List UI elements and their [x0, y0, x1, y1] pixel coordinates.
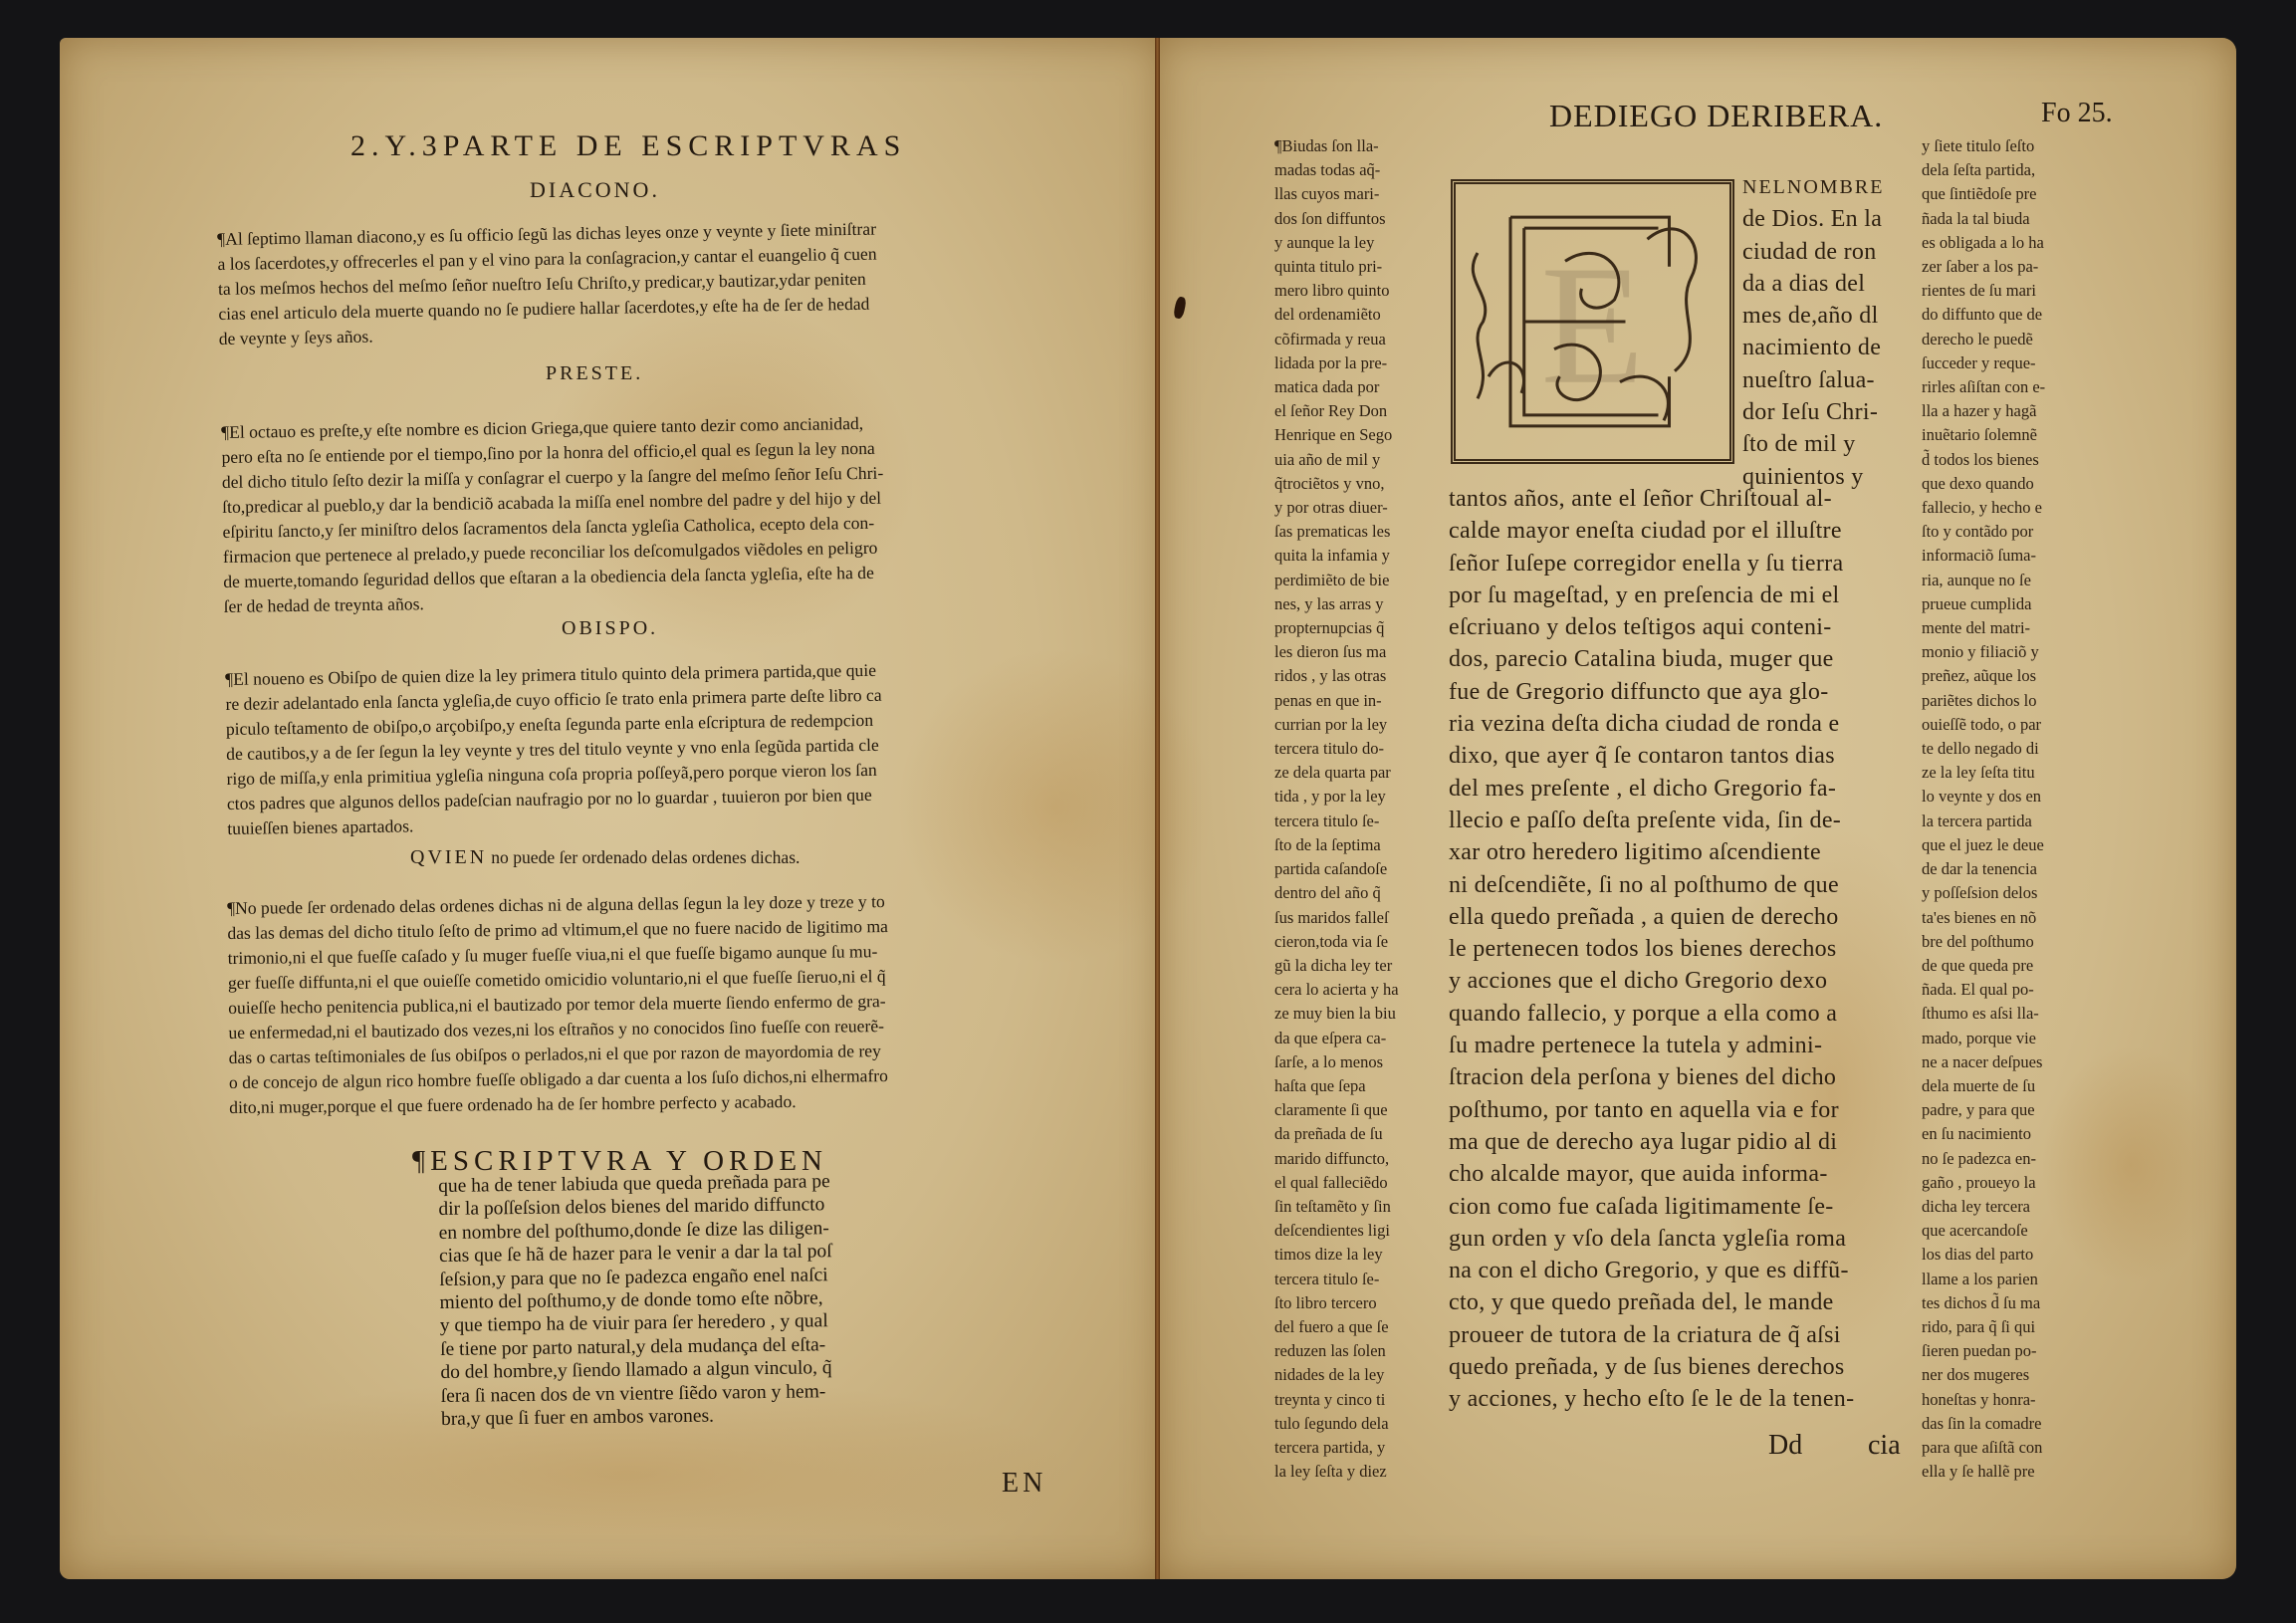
- gloss-line: ze muy bien la biu: [1274, 1002, 1399, 1026]
- gloss-line: bre del poſthumo: [1922, 930, 2045, 954]
- gloss-line: fallecio, y hecho e: [1922, 496, 2045, 520]
- gloss-line: lo veynte y dos en: [1922, 785, 2045, 809]
- gloss-line: dentro del año q̃: [1274, 881, 1399, 905]
- text-line: ſera ſi nacen dos de vn vientre ſiẽdo va…: [441, 1380, 834, 1408]
- text-line: NELNOMBRE: [1742, 171, 1884, 203]
- gloss-line: dos ſon diffuntos: [1274, 207, 1399, 231]
- text-line: cto, y que quedo preñada del, le mande: [1449, 1286, 1854, 1318]
- text-line: del mes preſente , el dicho Gregorio fa-: [1449, 773, 1854, 805]
- gloss-line: lla a hazer y hagã: [1922, 399, 2045, 423]
- gloss-line: das ſin la comadre: [1922, 1412, 2045, 1436]
- gloss-line: ta'es bienes en nõ: [1922, 906, 2045, 930]
- woodcut-initial-icon: E: [1456, 184, 1729, 459]
- gloss-line: monio y filiaciõ y: [1922, 640, 2045, 664]
- text-line: ſtracion dela perſona y bienes del dicho: [1449, 1061, 1854, 1093]
- gloss-line: ze dela quarta par: [1274, 761, 1399, 785]
- gloss-line: que dexo quando: [1922, 472, 2045, 496]
- gloss-line: penas en que in-: [1274, 689, 1399, 713]
- gloss-line: ella y ſe hallẽ pre: [1922, 1460, 2045, 1484]
- gloss-line: ſto libro tercero: [1274, 1291, 1399, 1315]
- gloss-line: d̃ todos los bienes: [1922, 448, 2045, 472]
- gloss-line: uia año de mil y: [1274, 448, 1399, 472]
- gloss-line: mado, porque vie: [1922, 1027, 2045, 1050]
- right-margin-gloss: y ſiete titulo ſeſto dela ſeſta partida,…: [1922, 134, 2045, 1484]
- gloss-line: tercera titulo ſe-: [1274, 810, 1399, 833]
- right-running-head: DEDIEGO DERIBERA.: [1549, 98, 1883, 134]
- gloss-line: ſthumo es aſsi lla-: [1922, 1002, 2045, 1026]
- text-line: eſcriuano y delos teſtigos aqui conteni-: [1449, 611, 1854, 643]
- gloss-line: ridos , y las otras: [1274, 664, 1399, 688]
- left-catchword: EN: [1002, 1468, 1046, 1500]
- gloss-line: ner dos mugeres: [1922, 1363, 2045, 1387]
- section-title-preste: PRESTE.: [546, 362, 643, 385]
- gloss-line: de que queda pre: [1922, 954, 2045, 978]
- gloss-line: deſcendientes ligi: [1274, 1219, 1399, 1243]
- left-running-head: 2.Y.3PARTE DE ESCRIPTVRAS: [350, 129, 906, 163]
- text-line: dor Ieſu Chri-: [1742, 396, 1884, 428]
- gloss-line: dicha ley tercera: [1922, 1195, 2045, 1219]
- gloss-line: rirles aſiſtan con e-: [1922, 375, 2045, 399]
- gloss-line: quinta titulo pri-: [1274, 255, 1399, 279]
- text-line: ni deſcendiẽte, ſi no al poſthumo de que: [1449, 869, 1854, 901]
- gloss-line: la ley ſeſta y diez: [1274, 1460, 1399, 1484]
- gloss-line: informaciõ ſuma-: [1922, 544, 2045, 568]
- decorated-initial-e: E: [1451, 179, 1734, 464]
- gloss-line: ria, aunque no ſe: [1922, 569, 2045, 592]
- text-line: quedo preñada, y de ſus bienes derechos: [1449, 1351, 1854, 1383]
- gloss-line: perdimiẽto de bie: [1274, 569, 1399, 592]
- text-line: le pertenecen todos los bienes derechos: [1449, 933, 1854, 965]
- gloss-line: cõfirmada y reua: [1274, 328, 1399, 351]
- gloss-line: da que eſpera ca-: [1274, 1027, 1399, 1050]
- section-body-preste: ¶El octauo es preſte,y eſte nombre es di…: [221, 411, 885, 619]
- gloss-line: da preñada de ſu: [1274, 1122, 1399, 1146]
- gloss-line: cieron,toda via ſe: [1274, 930, 1399, 954]
- gloss-line: para que aſiſtã con: [1922, 1436, 2045, 1460]
- gloss-line: haſta que ſepa: [1274, 1074, 1399, 1098]
- text-line: proueer de tutora de la criatura de q̃ a…: [1449, 1319, 1854, 1351]
- gloss-line: no ſe padezca en-: [1922, 1147, 2045, 1171]
- folio-number: Fo 25.: [2041, 98, 2113, 129]
- water-stain: [2041, 1045, 2220, 1284]
- initial-side-text: NELNOMBRE de Dios. En la ciudad de ron d…: [1742, 171, 1884, 493]
- gloss-line: currian por la ley: [1274, 713, 1399, 737]
- section-title-diacono: DIACONO.: [530, 177, 660, 203]
- text-line: gun orden y vſo dela ſancta ygleſia roma: [1449, 1223, 1854, 1255]
- gloss-line: inuẽtario ſolemnẽ: [1922, 423, 2045, 447]
- gloss-line: rido, para q̃ ſi qui: [1922, 1315, 2045, 1339]
- gloss-line: reduzen las ſolen: [1274, 1339, 1399, 1363]
- text-line: fue de Gregorio diffuncto que aya glo-: [1449, 676, 1854, 708]
- gloss-line: ſin teſtamẽto y ſin: [1274, 1195, 1399, 1219]
- gloss-line: ñada la tal biuda: [1922, 207, 2045, 231]
- gloss-line: tida , y por la ley: [1274, 785, 1399, 809]
- right-catchword: cia: [1868, 1430, 1901, 1462]
- gloss-line: y aunque la ley: [1274, 231, 1399, 255]
- text-line: ſeñor Iuſepe corregidor enella y ſu tier…: [1449, 548, 1854, 580]
- gloss-line: el qual falleciẽdo: [1274, 1171, 1399, 1195]
- gloss-line: ſus maridos falleſ: [1274, 906, 1399, 930]
- gloss-line: mente del matri-: [1922, 616, 2045, 640]
- gloss-line: tercera titulo do-: [1274, 737, 1399, 761]
- gloss-line: mero libro quinto: [1274, 279, 1399, 303]
- gloss-line: tes dichos d̃ ſu ma: [1922, 1291, 2045, 1315]
- gloss-line: que acercandoſe: [1922, 1219, 2045, 1243]
- gloss-line: preñez, aũque los: [1922, 664, 2045, 688]
- text-line: quando fallecio, y porque a ella como a: [1449, 998, 1854, 1030]
- left-margin-gloss: ¶Biudas ſon lla- madas todas aq̃- llas c…: [1274, 134, 1399, 1484]
- text-line: ma que de derecho aya lugar pidio al di: [1449, 1126, 1854, 1158]
- text-line: mes de,año dl: [1742, 300, 1884, 332]
- text-line: ciudad de ron: [1742, 236, 1884, 268]
- text-line: ella quedo preñada , a quien de derecho: [1449, 901, 1854, 933]
- gloss-line: zer ſaber a los pa-: [1922, 255, 2045, 279]
- gloss-line: dela ſeſta partida,: [1922, 158, 2045, 182]
- gloss-line: el ſeñor Rey Don: [1274, 399, 1399, 423]
- text-line: cho alcalde mayor, que auida informa-: [1449, 1158, 1854, 1190]
- text-line: da a dias del: [1742, 268, 1884, 300]
- gloss-line: ne a nacer deſpues: [1922, 1050, 2045, 1074]
- gloss-line: gũ la dicha ley ter: [1274, 954, 1399, 978]
- text-line: tantos años, ante el ſeñor Chriſtoual al…: [1449, 483, 1854, 515]
- gloss-line: timos dize la ley: [1274, 1243, 1399, 1267]
- gloss-line: honeſtas y honra-: [1922, 1388, 2045, 1412]
- section-body-quien: ¶No puede ſer ordenado delas ordenes dic…: [227, 889, 890, 1120]
- signature-mark: Dd: [1768, 1430, 1802, 1462]
- gloss-line: les dieron ſus ma: [1274, 640, 1399, 664]
- gloss-line: rientes de ſu mari: [1922, 279, 2045, 303]
- gloss-line: matica dada por: [1274, 375, 1399, 399]
- gloss-line: nes, y las arras y: [1274, 592, 1399, 616]
- main-text-column: tantos años, ante el ſeñor Chriſtoual al…: [1449, 483, 1854, 1416]
- gloss-line: y por otras diuer-: [1274, 496, 1399, 520]
- gloss-line: quita la infamia y: [1274, 544, 1399, 568]
- gloss-line: ſieren puedan po-: [1922, 1339, 2045, 1363]
- gloss-line: marido diffuncto,: [1274, 1147, 1399, 1171]
- gloss-line: de dar la tenencia: [1922, 857, 2045, 881]
- gloss-line: ñada. El qual po-: [1922, 978, 2045, 1002]
- water-stain: [896, 647, 1215, 966]
- title-caps: QVIEN: [410, 846, 487, 868]
- text-line: ſu madre pertenece la tutela y admini-: [1449, 1030, 1854, 1061]
- text-line: dos, parecio Catalina biuda, muger que: [1449, 643, 1854, 675]
- text-line: por ſu mageſtad, y en preſencia de mi el: [1449, 580, 1854, 611]
- gloss-line: do diffunto que de: [1922, 303, 2045, 327]
- text-line: nacimiento de: [1742, 332, 1884, 363]
- title-rest: no puede ſer ordenado delas ordenes dich…: [491, 847, 800, 867]
- text-line: calde mayor eneſta ciudad por el illuſtr…: [1449, 515, 1854, 547]
- gloss-line: en ſu nacimiento: [1922, 1122, 2045, 1146]
- text-line: bra,y que ſi fuer en ambos varones.: [441, 1403, 834, 1431]
- gloss-line: ¶Biudas ſon lla-: [1274, 134, 1399, 158]
- section-body-obispo: ¶El noueno es Obiſpo de quien dize la le…: [225, 658, 884, 841]
- gloss-line: tulo ſegundo dela: [1274, 1412, 1399, 1436]
- gloss-line: que ſintiẽdoſe pre: [1922, 182, 2045, 206]
- gloss-line: es obligada a lo ha: [1922, 231, 2045, 255]
- text-line: dixo, que ayer q̃ ſe contaron tantos dia…: [1449, 740, 1854, 772]
- gloss-line: claramente ſi que: [1274, 1098, 1399, 1122]
- gloss-line: ze la ley ſeſta titu: [1922, 761, 2045, 785]
- text-line: llecio e paſſo deſta preſente vida, ſin …: [1449, 805, 1854, 836]
- gloss-line: dela muerte de ſu: [1922, 1074, 2045, 1098]
- gloss-line: ſarſe, a lo menos: [1274, 1050, 1399, 1074]
- text-line: de Dios. En la: [1742, 203, 1884, 235]
- text-line: xar otro heredero ligitimo aſcendiente: [1449, 836, 1854, 868]
- gloss-line: treynta y cinco ti: [1274, 1388, 1399, 1412]
- gloss-line: madas todas aq̃-: [1274, 158, 1399, 182]
- text-line: nueſtro ſalua-: [1742, 364, 1884, 396]
- text-line: y acciones que el dicho Gregorio dexo: [1449, 965, 1854, 997]
- gloss-line: pariẽtes dichos lo: [1922, 689, 2045, 713]
- gloss-line: cera lo acierta y ha: [1274, 978, 1399, 1002]
- gloss-line: ouieſſẽ todo, o par: [1922, 713, 2045, 737]
- gloss-line: que el juez le deue: [1922, 833, 2045, 857]
- gloss-line: del ordenamiẽto: [1274, 303, 1399, 327]
- text-line: poſthumo, por tanto en aquella via e for: [1449, 1094, 1854, 1126]
- gloss-line: propternupcias q̃: [1274, 616, 1399, 640]
- gloss-line: te dello negado di: [1922, 737, 2045, 761]
- text-line: na con el dicho Gregorio, y que es diffũ…: [1449, 1255, 1854, 1286]
- gloss-line: y poſſeſsion delos: [1922, 881, 2045, 905]
- gloss-line: derecho le puedẽ: [1922, 328, 2045, 351]
- gloss-line: nidades de la ley: [1274, 1363, 1399, 1387]
- gloss-line: tercera titulo ſe-: [1274, 1268, 1399, 1291]
- gloss-line: partida caſandoſe: [1274, 857, 1399, 881]
- initial-letter: E: [1540, 230, 1644, 418]
- escritura-summary: que ha de tener labiuda que queda preñad…: [438, 1170, 834, 1431]
- gloss-line: ſucceder y reque-: [1922, 351, 2045, 375]
- gloss-line: padre, y para que: [1922, 1098, 2045, 1122]
- gloss-line: llas cuyos mari-: [1274, 182, 1399, 206]
- text-line: y acciones, y hecho eſto ſe le de la ten…: [1449, 1383, 1854, 1415]
- gloss-line: ſto de la ſeptima: [1274, 833, 1399, 857]
- gloss-line: los dias del parto: [1922, 1243, 2045, 1267]
- text-line: ria vezina deſta dicha ciudad de ronda e: [1449, 708, 1854, 740]
- gloss-line: la tercera partida: [1922, 810, 2045, 833]
- text-line: cion como fue caſada ligitimamente ſe-: [1449, 1191, 1854, 1223]
- gloss-line: Henrique en Sego: [1274, 423, 1399, 447]
- gloss-line: lidada por la pre-: [1274, 351, 1399, 375]
- gloss-line: q̃trociẽtos y vno,: [1274, 472, 1399, 496]
- gloss-line: y ſiete titulo ſeſto: [1922, 134, 2045, 158]
- section-body-diacono: ¶Al ſeptimo llaman diacono,y es ſu offic…: [217, 217, 878, 351]
- gloss-line: ſas prematicas les: [1274, 520, 1399, 544]
- gloss-line: llame a los parien: [1922, 1268, 2045, 1291]
- gloss-line: gaño , proueyo la: [1922, 1171, 2045, 1195]
- gloss-line: prueue cumplida: [1922, 592, 2045, 616]
- section-title-quien: QVIEN no puede ſer ordenado delas ordene…: [410, 846, 800, 869]
- gloss-line: del fuero a que ſe: [1274, 1315, 1399, 1339]
- section-title-obispo: OBISPO.: [562, 617, 658, 640]
- gloss-line: ſto y contãdo por: [1922, 520, 2045, 544]
- gloss-line: tercera partida, y: [1274, 1436, 1399, 1460]
- text-line: ſto de mil y: [1742, 428, 1884, 460]
